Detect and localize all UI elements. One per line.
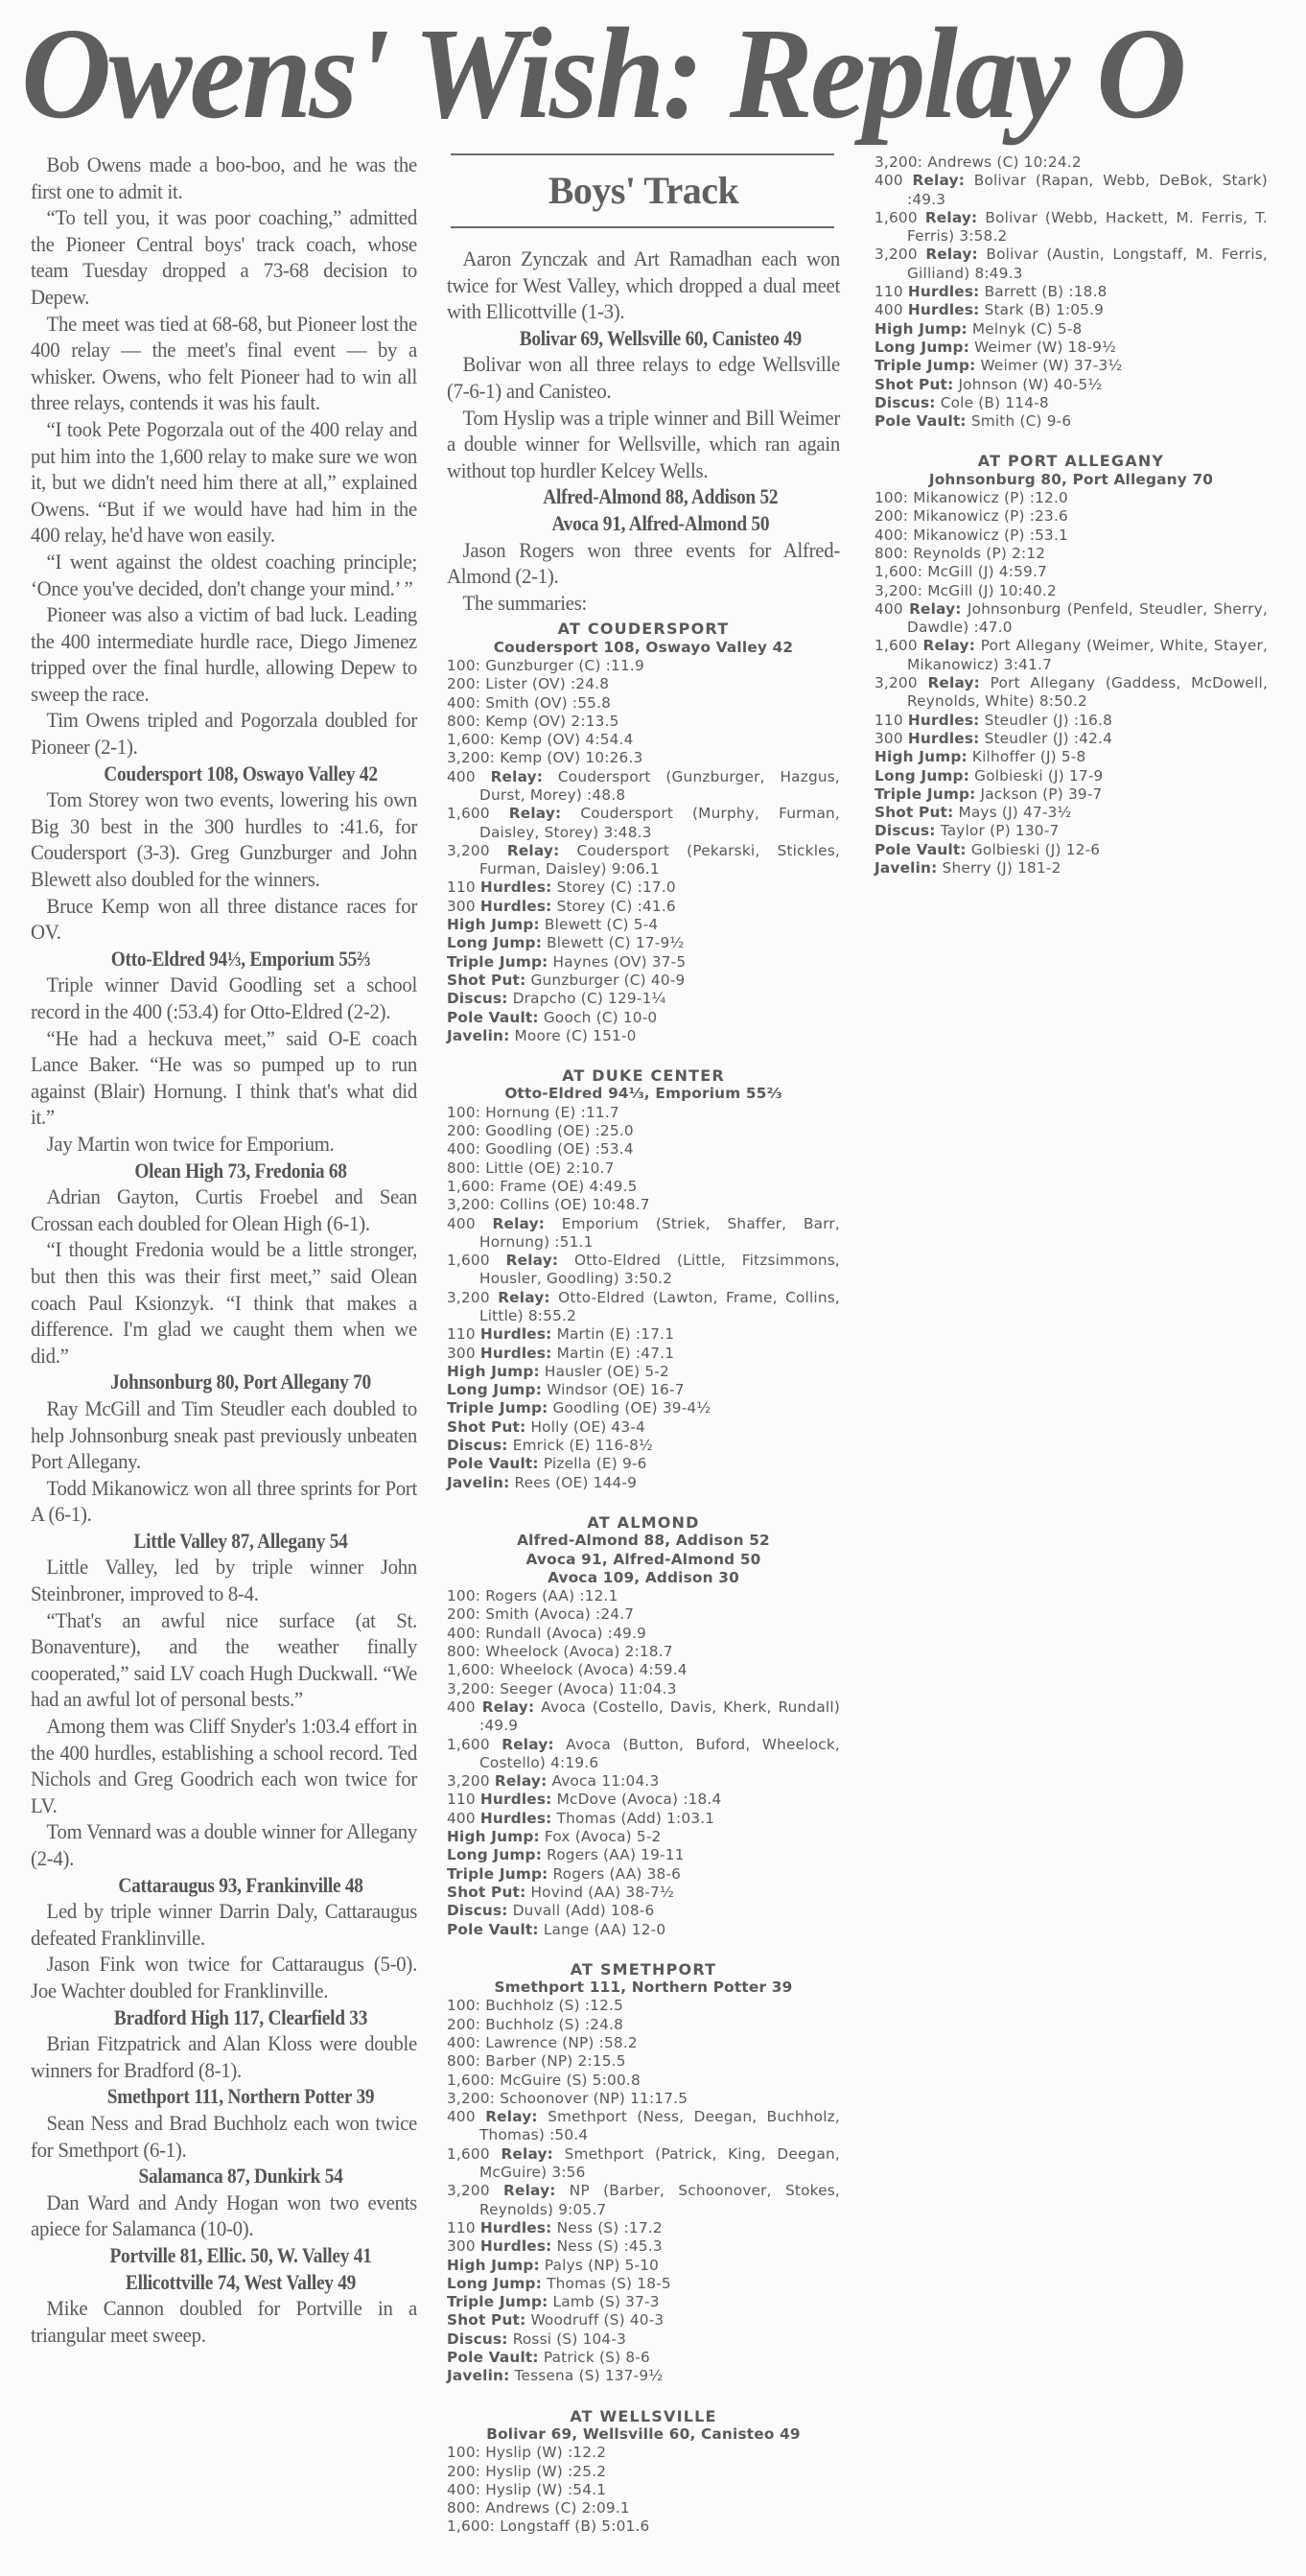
result-row: 110 Hurdles: Storey (C) :17.0: [447, 878, 840, 897]
left-column: Bob Owens made a boo-boo, and he was the…: [31, 152, 417, 2348]
result-row: Pole Vault: Patrick (S) 8-6: [447, 2349, 840, 2367]
event-distance: 1,600: [447, 805, 509, 822]
result-row: 3,200 Relay: Avoca 11:04.3: [447, 1772, 840, 1791]
event-result: Windsor (OE) 16-7: [542, 1381, 685, 1398]
paragraph: The summaries:: [447, 590, 840, 617]
event-label: 110 Hurdles:: [875, 283, 980, 300]
meet-score: Otto-Eldred 94⅓, Emporium 55⅔: [447, 1085, 840, 1103]
event-result: Collins (OE) 10:48.7: [495, 1196, 650, 1213]
event-label: 3,200:: [447, 749, 495, 766]
event-label: 1,600:: [447, 1178, 495, 1195]
event-label: 3,200 Relay:: [875, 246, 978, 263]
result-row: Shot Put: Gunzburger (C) 40-9: [447, 972, 840, 990]
event-distance: 300: [447, 898, 480, 915]
result-row: Pole Vault: Lange (AA) 12-0: [447, 1921, 840, 1939]
result-row: Discus: Duvall (Add) 108-6: [447, 1902, 840, 1920]
event-label: 400 Relay:: [447, 1215, 545, 1232]
result-row: 300 Hurdles: Ness (S) :45.3: [447, 2237, 840, 2256]
result-row: 100: Rogers (AA) :12.1: [447, 1587, 840, 1605]
event-result: Jackson (P) 39-7: [975, 785, 1102, 803]
result-row: Discus: Emrick (E) 116-8½: [447, 1437, 840, 1455]
event-label: High Jump:: [447, 916, 540, 933]
event-label: Discus:: [447, 990, 508, 1007]
event-result: Melnyk (C) 5-8: [968, 320, 1083, 338]
event-result: Weimer (W) 18-9½: [969, 339, 1116, 356]
result-row: Discus: Rossi (S) 104-3: [447, 2330, 840, 2349]
meet-score: Johnsonburg 80, Port Allegany 70: [875, 471, 1268, 489]
event-result: Gunzburger (C) :11.9: [480, 657, 644, 674]
event-result: Avoca (Costello, Davis, Kherk, Rundall) …: [479, 1698, 840, 1734]
event-distance: 400: [447, 1810, 480, 1827]
game-subhead: Cattaraugus 93, Frankinville 48: [56, 1872, 425, 1899]
event-result: Rundall (Avoca) :49.9: [480, 1625, 646, 1642]
event-label: 1,600:: [447, 2072, 495, 2089]
paragraph: “I took Pete Pogorzala out of the 400 re…: [31, 416, 417, 549]
event-distance: 3,200: [447, 842, 507, 859]
event-distance: 3,200: [875, 674, 927, 691]
paragraph: “To tell you, it was poor coaching,” adm…: [31, 204, 417, 310]
event-label: 400:: [447, 2034, 480, 2051]
event-label: Triple Jump:: [875, 785, 975, 803]
right-column: 3,200: Andrews (C) 10:24.2400 Relay: Bol…: [875, 153, 1268, 878]
result-row: Shot Put: Hovind (AA) 38-7½: [447, 1884, 840, 1902]
section-box-title: Boys' Track: [447, 155, 840, 226]
meet-score: Avoca 91, Alfred-Almond 50: [447, 1551, 840, 1569]
event-label: 100:: [447, 1997, 480, 2014]
result-row: 400: Goodling (OE) :53.4: [447, 1140, 840, 1159]
event-result: Mays (J) 47-3½: [953, 804, 1071, 821]
game-subhead: Little Valley 87, Allegany 54: [56, 1528, 425, 1555]
result-row: 400 Relay: Avoca (Costello, Davis, Kherk…: [447, 1698, 840, 1736]
event-result: Reynolds (P) 2:12: [908, 545, 1045, 562]
result-row: 3,200 Relay: Coudersport (Pekarski, Stic…: [447, 842, 840, 879]
paragraph: Tim Owens tripled and Pogorzala doubled …: [31, 707, 417, 760]
result-row: 400 Hurdles: Thomas (Add) 1:03.1: [447, 1810, 840, 1828]
event-label: 1,600:: [875, 563, 922, 580]
event-result: Haynes (OV) 37-5: [548, 953, 686, 971]
event-result: Johnson (W) 40-5½: [953, 376, 1102, 393]
result-row: 800: Wheelock (Avoca) 2:18.7: [447, 1643, 840, 1661]
event-label: 400 Hurdles:: [875, 301, 980, 318]
event-label: 1,600:: [447, 2517, 495, 2535]
result-row: 110 Hurdles: Martin (E) :17.1: [447, 1325, 840, 1344]
game-subhead: Bolivar 69, Wellsville 60, Canisteo 49: [473, 325, 849, 352]
result-row: 3,200: Schoonover (NP) 11:17.5: [447, 2090, 840, 2108]
paragraph: Bruce Kemp won all three distance races …: [31, 893, 417, 946]
result-row: 200: Lister (OV) :24.8: [447, 675, 840, 693]
event-result: McGuire (S) 5:00.8: [495, 2072, 641, 2089]
game-subhead: Ellicottville 74, West Valley 49: [56, 2269, 425, 2296]
result-row: 200: Buchholz (S) :24.8: [447, 2016, 840, 2034]
event-label: Shot Put:: [447, 1884, 525, 1901]
event-result: Andrews (C) 10:24.2: [922, 153, 1082, 171]
result-row: 800: Kemp (OV) 2:13.5: [447, 713, 840, 731]
summaries-right: AT PORT ALLEGANYJohnsonburg 80, Port All…: [875, 452, 1268, 878]
event-result: Thomas (Add) 1:03.1: [552, 1810, 715, 1827]
event-label: 800:: [447, 713, 480, 730]
event-result: Mikanowicz (P) :12.0: [908, 489, 1068, 506]
event-label: 400:: [447, 1625, 480, 1642]
event-result: Rogers (AA) 38-6: [548, 1865, 681, 1883]
game-subhead: Olean High 73, Fredonia 68: [56, 1158, 425, 1184]
box-bottom-rule: [451, 226, 834, 228]
result-row: 110 Hurdles: Steudler (J) :16.8: [875, 712, 1268, 730]
result-row: 400 Relay: Emporium (Striek, Shaffer, Ba…: [447, 1215, 840, 1253]
event-distance: 110: [447, 2219, 480, 2236]
result-row: 400 Relay: Bolivar (Rapan, Webb, DeBok, …: [875, 172, 1268, 209]
paragraph: Adrian Gayton, Curtis Froebel and Sean C…: [31, 1183, 417, 1236]
result-row: Shot Put: Johnson (W) 40-5½: [875, 376, 1268, 394]
result-row: 1,600 Relay: Otto-Eldred (Little, Fitzsi…: [447, 1252, 840, 1289]
event-result: Kemp (OV) 4:54.4: [495, 731, 633, 748]
result-row: Javelin: Moore (C) 151-0: [447, 1027, 840, 1045]
event-label: Long Jump:: [447, 2275, 542, 2292]
paragraph: Aaron Zynczak and Art Ramadhan each won …: [447, 246, 840, 325]
event-result: Gunzburger (C) 40-9: [525, 972, 685, 989]
event-distance: 1,600: [447, 1736, 501, 1753]
event-result: Duvall (Add) 108-6: [508, 1902, 655, 1919]
event-label: 200:: [447, 1122, 480, 1139]
event-distance: 1,600: [447, 1252, 506, 1269]
paragraph: Sean Ness and Brad Buchholz each won twi…: [31, 2110, 417, 2163]
paragraph: Ray McGill and Tim Steudler each doubled…: [31, 1395, 417, 1475]
event-result: Smith (C) 9-6: [967, 412, 1072, 430]
paragraph: Mike Cannon doubled for Portville in a t…: [31, 2295, 417, 2348]
event-label: Pole Vault:: [447, 1921, 539, 1938]
event-result: Holly (OE) 43-4: [525, 1418, 645, 1436]
meet-score: Avoca 109, Addison 30: [447, 1569, 840, 1587]
event-distance: 110: [875, 712, 908, 729]
result-row: 100: Buchholz (S) :12.5: [447, 1997, 840, 2015]
result-row: Javelin: Tessena (S) 137-9½: [447, 2367, 840, 2385]
result-row: Pole Vault: Smith (C) 9-6: [875, 412, 1268, 431]
game-subhead: Portville 81, Ellic. 50, W. Valley 41: [56, 2242, 425, 2269]
event-label: 800:: [447, 1159, 480, 1177]
event-result: Fox (Avoca) 5-2: [540, 1828, 662, 1845]
event-distance: 400: [875, 600, 909, 618]
result-row: Javelin: Sherry (J) 181-2: [875, 859, 1268, 878]
result-row: 100: Hyslip (W) :12.2: [447, 2444, 840, 2462]
event-label: 400:: [447, 1140, 480, 1158]
paragraph: The meet was tied at 68-68, but Pioneer …: [31, 311, 417, 416]
event-result: Johnsonburg (Penfeld, Steudler, Sherry, …: [907, 600, 1268, 636]
result-row: 800: Barber (NP) 2:15.5: [447, 2052, 840, 2071]
paragraph: Little Valley, led by triple winner John…: [31, 1554, 417, 1606]
event-result: Buchholz (S) :24.8: [480, 2016, 623, 2033]
event-result: Hyslip (W) :12.2: [480, 2444, 606, 2461]
event-result: Lawrence (NP) :58.2: [480, 2034, 638, 2051]
event-label: Long Jump:: [875, 767, 969, 785]
event-label: 110 Hurdles:: [875, 712, 980, 729]
result-row: 200: Smith (Avoca) :24.7: [447, 1605, 840, 1624]
headline: Owens' Wish: Replay O: [21, 2, 1306, 146]
event-label: 3,200 Relay:: [875, 674, 980, 691]
result-row: 1,600 Relay: Avoca (Button, Buford, Whee…: [447, 1736, 840, 1773]
result-row: Discus: Drapcho (C) 129-1¼: [447, 990, 840, 1008]
event-result: Barrett (B) :18.8: [980, 283, 1108, 300]
game-subhead: Alfred-Almond 88, Addison 52: [473, 483, 849, 510]
event-result: Mikanowicz (P) :53.1: [908, 527, 1068, 544]
event-label: 300 Hurdles:: [447, 1345, 552, 1362]
event-label: 300 Hurdles:: [447, 898, 552, 915]
event-result: Mikanowicz (P) :23.6: [908, 507, 1068, 525]
result-row: 400: Smith (OV) :55.8: [447, 694, 840, 713]
meet-score: Alfred-Almond 88, Addison 52: [447, 1532, 840, 1550]
event-result: Thomas (S) 18-5: [542, 2275, 671, 2292]
event-result: Cole (B) 114-8: [936, 394, 1049, 411]
event-label: 200:: [447, 2463, 480, 2480]
result-row: 110 Hurdles: McDove (Avoca) :18.4: [447, 1791, 840, 1809]
result-row: Triple Jump: Goodling (OE) 39-4½: [447, 1399, 840, 1417]
event-label: 400 Relay:: [447, 1698, 534, 1716]
event-distance: 3,200: [875, 246, 925, 263]
event-label: 110 Hurdles:: [447, 1791, 552, 1808]
result-row: 300 Hurdles: Storey (C) :41.6: [447, 898, 840, 916]
event-label: High Jump:: [447, 1828, 540, 1845]
result-row: 300 Hurdles: Martin (E) :47.1: [447, 1345, 840, 1363]
event-distance: 110: [875, 283, 908, 300]
result-row: Long Jump: Thomas (S) 18-5: [447, 2275, 840, 2293]
event-label: Long Jump:: [447, 1381, 542, 1398]
event-result: Kilhoffer (J) 5-8: [968, 748, 1086, 765]
result-row: High Jump: Melnyk (C) 5-8: [875, 320, 1268, 339]
game-subhead: Otto-Eldred 94⅓, Emporium 55⅔: [56, 946, 425, 972]
event-label: 200:: [447, 675, 480, 692]
event-result: Lamb (S) 37-3: [548, 2293, 659, 2310]
event-result: McGill (J) 10:40.2: [922, 582, 1057, 599]
event-result: Steudler (J) :16.8: [980, 712, 1113, 729]
event-result: Andrews (C) 2:09.1: [480, 2499, 630, 2517]
result-row: 200: Goodling (OE) :25.0: [447, 1122, 840, 1140]
event-label: 300 Hurdles:: [875, 730, 980, 747]
event-label: 1,600 Relay:: [447, 2145, 553, 2163]
meet-score: Smethport 111, Northern Potter 39: [447, 1979, 840, 1997]
paragraph: Led by triple winner Darrin Daly, Cattar…: [31, 1898, 417, 1951]
event-label: 3,200:: [875, 582, 922, 599]
event-label: Long Jump:: [875, 339, 969, 356]
result-row: 1,600: Frame (OE) 4:49.5: [447, 1178, 840, 1196]
event-result: Schoonover (NP) 11:17.5: [495, 2090, 688, 2107]
paragraph: Bob Owens made a boo-boo, and he was the…: [31, 152, 417, 204]
result-row: High Jump: Kilhoffer (J) 5-8: [875, 748, 1268, 766]
event-result: Martin (E) :47.1: [552, 1345, 675, 1362]
event-distance: 400: [875, 301, 908, 318]
result-row: 400 Hurdles: Stark (B) 1:05.9: [875, 301, 1268, 319]
event-label: Pole Vault:: [447, 2349, 539, 2366]
event-label: Pole Vault:: [875, 412, 967, 430]
event-result: Hovind (AA) 38-7½: [525, 1884, 674, 1901]
result-row: 400: Lawrence (NP) :58.2: [447, 2034, 840, 2052]
result-row: 100: Gunzburger (C) :11.9: [447, 657, 840, 675]
middle-column: Boys' Track Aaron Zynczak and Art Ramadh…: [447, 153, 840, 2537]
event-result: Golbieski (J) 17-9: [969, 767, 1103, 785]
event-label: 100:: [447, 2444, 480, 2461]
event-label: 3,200:: [875, 153, 922, 171]
result-row: 800: Little (OE) 2:10.7: [447, 1159, 840, 1178]
result-row: 1,600: Wheelock (Avoca) 4:59.4: [447, 1661, 840, 1679]
event-label: Javelin:: [447, 1474, 509, 1491]
event-label: 800:: [875, 545, 908, 562]
result-row: 1,600 Relay: Smethport (Patrick, King, D…: [447, 2145, 840, 2183]
event-label: Discus:: [447, 1437, 508, 1454]
result-row: Shot Put: Holly (OE) 43-4: [447, 1418, 840, 1437]
paragraph: Tom Storey won two events, lowering his …: [31, 786, 417, 892]
event-result: Hausler (OE) 5-2: [540, 1363, 669, 1380]
meet-site: AT PORT ALLEGANY: [875, 452, 1268, 470]
event-result: Tessena (S) 137-9½: [509, 2367, 663, 2384]
event-label: 800:: [447, 2499, 480, 2517]
event-label: 1,600 Relay:: [447, 1252, 558, 1269]
result-row: 1,600 Relay: Coudersport (Murphy, Furman…: [447, 805, 840, 842]
event-result: Emrick (E) 116-8½: [508, 1437, 653, 1454]
event-label: High Jump:: [447, 2257, 540, 2274]
event-label: 800:: [447, 2052, 480, 2070]
event-label: High Jump:: [447, 1363, 540, 1380]
event-result: Weimer (W) 37-3½: [975, 357, 1122, 374]
event-result: Palys (NP) 5-10: [540, 2257, 659, 2274]
event-label: Pole Vault:: [447, 1009, 539, 1026]
event-label: 3,200 Relay:: [447, 1772, 547, 1790]
result-row: 3,200: Seeger (Avoca) 11:04.3: [447, 1680, 840, 1698]
result-row: Javelin: Rees (OE) 144-9: [447, 1474, 840, 1492]
result-row: Discus: Cole (B) 114-8: [875, 394, 1268, 412]
result-row: 110 Hurdles: Barrett (B) :18.8: [875, 283, 1268, 301]
event-result: Barber (NP) 2:15.5: [480, 2052, 626, 2070]
event-distance: 3,200: [447, 1289, 498, 1306]
event-result: Stark (B) 1:05.9: [980, 301, 1105, 318]
event-label: 3,200 Relay:: [447, 842, 559, 859]
paragraph: “I thought Fredonia would be a little st…: [31, 1236, 417, 1369]
result-row: Long Jump: Golbieski (J) 17-9: [875, 767, 1268, 785]
result-row: 100: Mikanowicz (P) :12.0: [875, 489, 1268, 507]
game-subhead: Smethport 111, Northern Potter 39: [56, 2083, 425, 2110]
game-subhead: Salamanca 87, Dunkirk 54: [56, 2163, 425, 2190]
paragraph: Jay Martin won twice for Emporium.: [31, 1131, 417, 1158]
event-result: Goodling (OE) :53.4: [480, 1140, 634, 1158]
event-result: Martin (E) :17.1: [552, 1325, 675, 1343]
event-label: 200:: [875, 507, 908, 525]
game-subhead: Avoca 91, Alfred-Almond 50: [473, 510, 849, 537]
paragraph: Tom Vennard was a double winner for Alle…: [31, 1818, 417, 1871]
result-row: 1,600: Longstaff (B) 5:01.6: [447, 2517, 840, 2536]
event-label: 3,200:: [447, 1196, 495, 1213]
result-row: 800: Andrews (C) 2:09.1: [447, 2499, 840, 2517]
event-label: 1,600:: [447, 1661, 495, 1678]
event-result: Pizella (E) 9-6: [539, 1455, 647, 1472]
event-result: Little (OE) 2:10.7: [480, 1159, 614, 1177]
event-label: Pole Vault:: [447, 1455, 539, 1472]
event-result: Frame (OE) 4:49.5: [495, 1178, 637, 1195]
result-row: 3,200: McGill (J) 10:40.2: [875, 582, 1268, 600]
result-row: Long Jump: Blewett (C) 17-9½: [447, 934, 840, 952]
result-row: Shot Put: Mays (J) 47-3½: [875, 804, 1268, 822]
result-row: High Jump: Blewett (C) 5-4: [447, 916, 840, 934]
event-result: Hornung (E) :11.7: [480, 1104, 619, 1121]
meet-site: AT SMETHPORT: [447, 1960, 840, 1979]
result-row: 1,600: Kemp (OV) 4:54.4: [447, 731, 840, 749]
event-result: Longstaff (B) 5:01.6: [495, 2517, 649, 2535]
middle-prose: Aaron Zynczak and Art Ramadhan each won …: [447, 246, 840, 616]
result-row: 1,600 Relay: Bolivar (Webb, Hackett, M. …: [875, 209, 1268, 246]
event-distance: 110: [447, 1325, 480, 1343]
event-label: 200:: [447, 2016, 480, 2033]
event-result: Lister (OV) :24.8: [480, 675, 609, 692]
event-distance: 1,600: [447, 2145, 501, 2163]
event-label: 100:: [447, 657, 480, 674]
event-label: 100:: [447, 1587, 480, 1604]
event-result: Storey (C) :41.6: [552, 898, 676, 915]
event-distance: 300: [447, 1345, 480, 1362]
event-label: 1,600 Relay:: [447, 805, 561, 822]
event-result: Drapcho (C) 129-1¼: [508, 990, 666, 1007]
event-label: Discus:: [875, 822, 936, 839]
paragraph: “He had a heckuva meet,” said O-E coach …: [31, 1025, 417, 1131]
game-subhead: Bradford High 117, Clearfield 33: [56, 2004, 425, 2031]
event-distance: 400: [875, 172, 913, 189]
event-label: Triple Jump:: [447, 2293, 548, 2310]
event-result: Lange (AA) 12-0: [539, 1921, 666, 1938]
event-result: Moore (C) 151-0: [509, 1027, 636, 1044]
event-distance: 1,600: [875, 637, 923, 654]
event-label: Javelin:: [447, 2367, 509, 2384]
result-row: 200: Hyslip (W) :25.2: [447, 2463, 840, 2481]
result-row: 1,600: McGuire (S) 5:00.8: [447, 2072, 840, 2090]
meet-site: AT DUKE CENTER: [447, 1066, 840, 1085]
event-label: 300 Hurdles:: [447, 2237, 552, 2255]
event-label: Shot Put:: [447, 972, 525, 989]
event-label: Shot Put:: [875, 804, 953, 821]
paragraph: Brian Fitzpatrick and Alan Kloss were do…: [31, 2030, 417, 2083]
result-row: 3,200 Relay: NP (Barber, Schoonover, Sto…: [447, 2182, 840, 2219]
meet-site: AT WELLSVILLE: [447, 2407, 840, 2425]
result-row: Triple Jump: Lamb (S) 37-3: [447, 2293, 840, 2311]
result-row: Shot Put: Woodruff (S) 40-3: [447, 2311, 840, 2330]
event-result: Sherry (J) 181-2: [937, 859, 1061, 877]
event-result: Patrick (S) 8-6: [539, 2349, 650, 2366]
event-label: Triple Jump:: [875, 357, 975, 374]
event-result: Ness (S) :17.2: [552, 2219, 663, 2236]
event-result: Blewett (C) 17-9½: [542, 934, 684, 951]
event-label: 800:: [447, 1643, 480, 1660]
event-label: 100:: [447, 1104, 480, 1121]
event-result: McDove (Avoca) :18.4: [552, 1791, 722, 1808]
event-label: Shot Put:: [447, 1418, 525, 1436]
event-result: Woodruff (S) 40-3: [525, 2311, 664, 2329]
result-row: 200: Mikanowicz (P) :23.6: [875, 507, 1268, 526]
event-result: Rogers (AA) :12.1: [480, 1587, 618, 1604]
result-row: 400 Relay: Coudersport (Gunzburger, Hazg…: [447, 768, 840, 806]
event-distance: 110: [447, 1791, 480, 1808]
result-row: Triple Jump: Jackson (P) 39-7: [875, 785, 1268, 804]
result-row: 800: Reynolds (P) 2:12: [875, 545, 1268, 563]
event-label: 3,200:: [447, 1680, 495, 1698]
result-row: Pole Vault: Golbieski (J) 12-6: [875, 841, 1268, 859]
event-result: Goodling (OE) :25.0: [480, 1122, 634, 1139]
event-result: Smith (OV) :55.8: [480, 694, 611, 712]
event-distance: 110: [447, 878, 480, 896]
result-row: 100: Hornung (E) :11.7: [447, 1104, 840, 1122]
event-label: 110 Hurdles:: [447, 2219, 552, 2236]
event-distance: 300: [875, 730, 908, 747]
paragraph: Jason Fink won twice for Cattaraugus (5-…: [31, 1951, 417, 2003]
event-label: High Jump:: [875, 320, 968, 338]
game-subhead: Coudersport 108, Oswayo Valley 42: [56, 761, 425, 787]
event-result: Goodling (OE) 39-4½: [548, 1399, 711, 1417]
result-row: 3,200: Kemp (OV) 10:26.3: [447, 749, 840, 767]
result-row: 3,200: Andrews (C) 10:24.2: [875, 153, 1268, 172]
result-row: Triple Jump: Haynes (OV) 37-5: [447, 953, 840, 972]
event-result: Kemp (OV) 10:26.3: [495, 749, 642, 766]
